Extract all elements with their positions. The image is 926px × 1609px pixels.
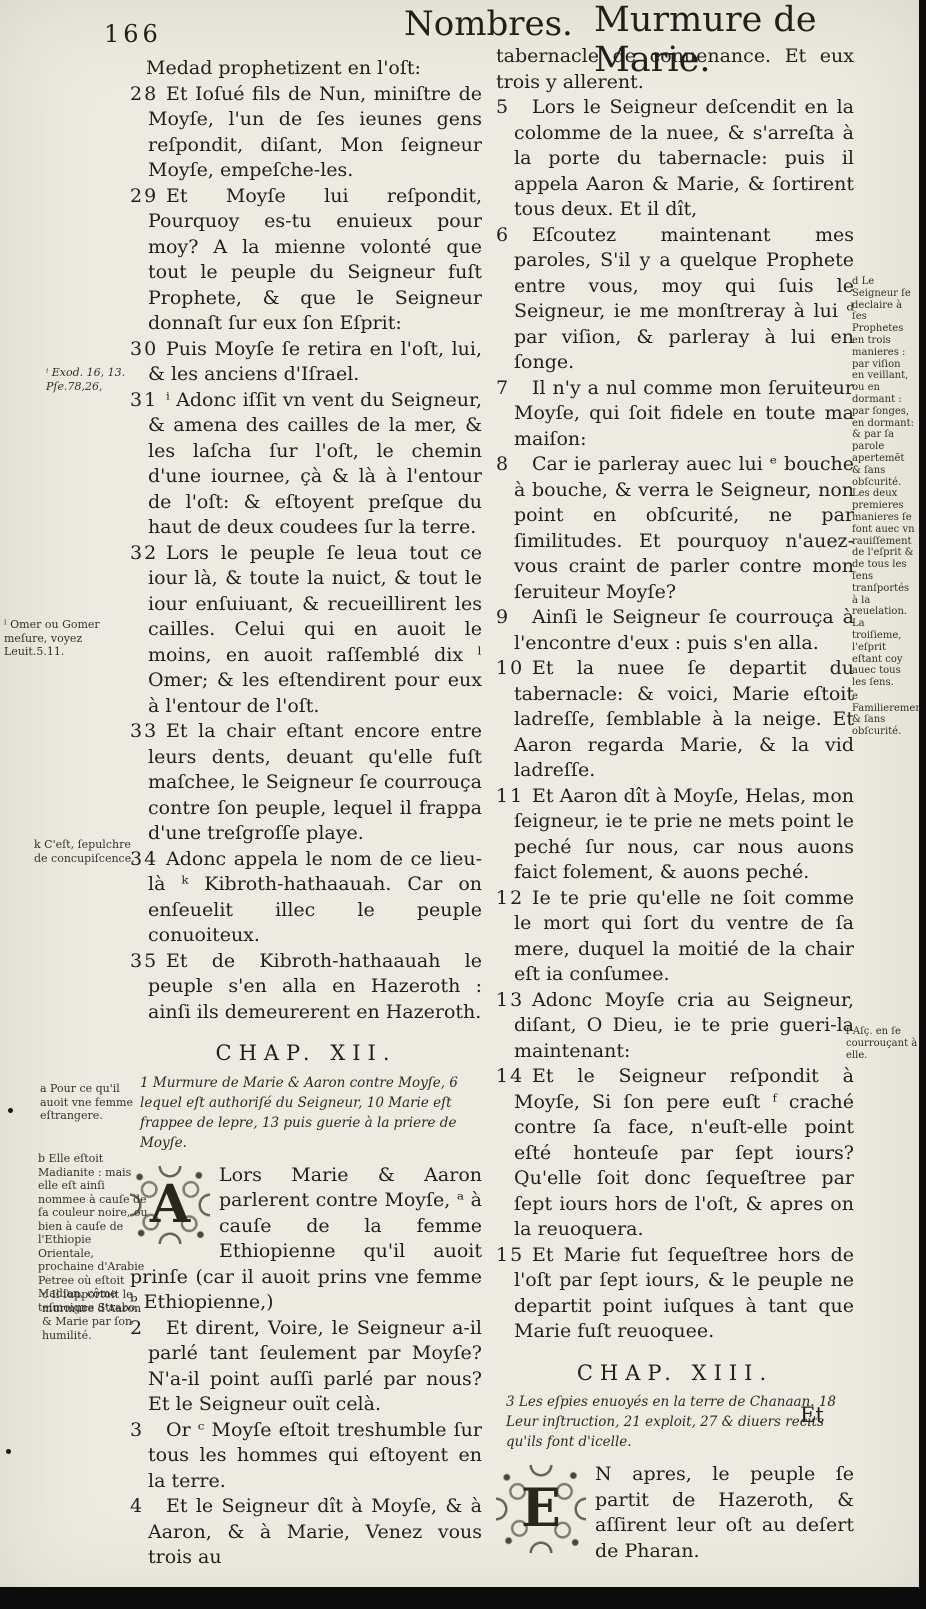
verse-text: Et le Seigneur reſpondit à Moyſe, Si ſon… [514,1065,854,1240]
verse: 7Il n'y a nul comme mon ſeruiteur Moyſe,… [496,376,854,453]
verse: 34Adonc appela le nom de ce lieu-là ᵏ Ki… [130,847,482,949]
verse-number: 9 [496,605,532,631]
verse: 30Puis Moyſe ſe retira en l'oſt, lui, & … [130,337,482,388]
margin-note: ˡ Omer ou Gomer meſure, voyez Leuit.5.11… [4,618,122,659]
drop-cap-letter: E [496,1465,586,1553]
text-column-right: tabernacle de conuenance. Et eux trois y… [496,44,854,1564]
verse-text: Et Marie fut ſequeſtree hors de l'oſt pa… [514,1244,854,1343]
verse-text: Et Aaron dît à Moyſe, Helas, mon ſeigneu… [514,785,854,884]
text-column-left: Medad prophetizent en l'oſt: 28Et Ioſué … [130,56,482,1571]
verse: 28Et Ioſué fils de Nun, miniſtre de Moyſ… [130,82,482,184]
verse: 12Ie te prie qu'elle ne ſoit comme le mo… [496,886,854,988]
verse-text: Eſcoutez maintenant mes paroles, S'il y … [514,224,854,374]
ornamental-initial-woodcut: E [496,1465,586,1553]
verse: 14Et le Seigneur reſpondit à Moyſe, Si ſ… [496,1064,854,1243]
verse-number: 11 [496,784,532,810]
verse-text: Car ie parleray auec lui ᵉ bouche à bouc… [514,453,854,603]
verse-number: 33 [130,719,166,745]
catchword: Et [800,1403,824,1427]
verse-with-drop-cap: EN apres, le peuple ſe partit de Hazerot… [496,1462,854,1564]
page-number: 166 [104,20,162,48]
verse-text: Et Ioſué fils de Nun, miniſtre de Moyſe,… [148,83,482,182]
drop-cap-letter: A [130,1166,210,1244]
chapter-heading: CHAP. XIII. [496,1361,854,1387]
verse-number: 8 [496,452,532,478]
verse-number: 29 [130,184,166,210]
verse-number: 13 [496,988,532,1014]
verse-text: Lors le Seigneur deſcendit en la colomme… [514,96,854,220]
verse-number: 3 [130,1418,166,1444]
verse: 6Eſcoutez maintenant mes paroles, S'il y… [496,223,854,376]
verse-number: 12 [496,886,532,912]
verse-number: 31 [130,388,166,414]
verse-number: 10 [496,656,532,682]
scanned-bible-page: 166 Nombres. Murmure de Marie. ⁱ Exod. 1… [0,0,926,1609]
verse-text: Et la chair eſtant encore entre leurs de… [148,720,482,844]
verse-text: Or ᶜ Moyſe eſtoit treshumble ſur tous le… [148,1419,482,1492]
verse: 29Et Moyſe lui reſpondit, Pourquoy es-tu… [130,184,482,337]
verse: 32Lors le peuple ſe leua tout ce iour là… [130,541,482,720]
verse-text: Adonc Moyſe cria au Seigneur, diſant, O … [514,989,854,1062]
verse-text: Et Moyſe lui reſpondit, Pourquoy es-tu e… [148,185,482,335]
running-title-book: Nombres. [404,4,573,44]
verse-number: 5 [496,95,532,121]
verse: 31ⁱ Adonc iſſit vn vent du Seigneur, & a… [130,388,482,541]
margin-note: e Familierement, & ſans obſcurité. [852,691,916,738]
verse-number: 35 [130,949,166,975]
verse: 3Or ᶜ Moyſe eſtoit treshumble ſur tous l… [130,1418,482,1495]
verse: 35Et de Kibroth-hathaauah le peuple s'en… [130,949,482,1026]
verse-text: Et dirent, Voire, le Seigneur a-il parlé… [148,1317,482,1416]
verse-text: Il n'y a nul comme mon ſeruiteur Moyſe, … [514,377,854,450]
margin-note: f Aſç. en ſe courrouçant à elle. [846,1026,920,1061]
verse-text: Ie te prie qu'elle ne ſoit comme le mort… [514,887,854,986]
verse: 2Et dirent, Voire, le Seigneur a-il parl… [130,1316,482,1418]
verse-text: Ainſi le Seigneur ſe courrouça à l'encon… [514,606,854,654]
verse-number: 2 [130,1316,166,1342]
verse-number: 14 [496,1064,532,1090]
verse-text: Et la nuee ſe departit du tabernacle: & … [514,657,854,781]
verse: 4Et le Seigneur dît à Moyſe, & à Aaron, … [130,1494,482,1571]
verse-number: 28 [130,82,166,108]
margin-note-group: d Le Seigneur ſe declaire à ſes Prophete… [852,276,916,740]
verse: 11Et Aaron dît à Moyſe, Helas, mon ſeign… [496,784,854,886]
verse-continuation: tabernacle de conuenance. Et eux trois y… [496,44,854,95]
verse-text: Et de Kibroth-hathaauah le peuple s'en a… [148,950,482,1023]
chapter-summary: 1 Murmure de Marie & Aaron contre Moyſe,… [140,1073,478,1153]
verse-number: 4 [130,1494,166,1520]
verse-text: Puis Moyſe ſe retira en l'oſt, lui, & le… [148,338,482,386]
verse-text: N apres, le peuple ſe partit de Hazeroth… [595,1463,854,1562]
verse-number: 15 [496,1243,532,1269]
ink-dot [8,1108,13,1113]
verse: 13Adonc Moyſe cria au Seigneur, diſant, … [496,988,854,1065]
verse-number: 7 [496,376,532,402]
margin-note: d Le Seigneur ſe declaire à ſes Prophete… [852,276,916,689]
verse: 10Et la nuee ſe departit du tabernacle: … [496,656,854,784]
verse-text: Et le Seigneur dît à Moyſe, & à Aaron, &… [148,1495,482,1568]
verse-text: Adonc appela le nom de ce lieu-là ᵏ Kibr… [148,848,482,947]
ink-dot [6,1449,11,1454]
verse: 33Et la chair eſtant encore entre leurs … [130,719,482,847]
verse-with-drop-cap: ALors Marie & Aaron parlerent contre Moy… [130,1163,482,1316]
chapter-heading: CHAP. XII. [130,1041,482,1067]
verse-number: 32 [130,541,166,567]
scan-edge-bottom [0,1587,926,1609]
verse-continuation: Medad prophetizent en l'oſt: [130,56,482,82]
verse-text: Lors le peuple ſe leua tout ce iour là, … [148,542,482,717]
verse: 5Lors le Seigneur deſcendit en la colomm… [496,95,854,223]
scan-edge-right [919,0,926,1609]
verse-text: ⁱ Adonc iſſit vn vent du Seigneur, & ame… [148,389,482,539]
verse-number: 6 [496,223,532,249]
verse-number: 30 [130,337,166,363]
verse: 15Et Marie fut ſequeſtree hors de l'oſt … [496,1243,854,1345]
verse-number: 34 [130,847,166,873]
verse: 9Ainſi le Seigneur ſe courrouça à l'enco… [496,605,854,656]
verse: 8Car ie parleray auec lui ᵉ bouche à bou… [496,452,854,605]
ornamental-initial-woodcut: A [130,1166,210,1244]
chapter-summary: 3 Les eſpies enuoyés en la terre de Chan… [506,1392,850,1452]
